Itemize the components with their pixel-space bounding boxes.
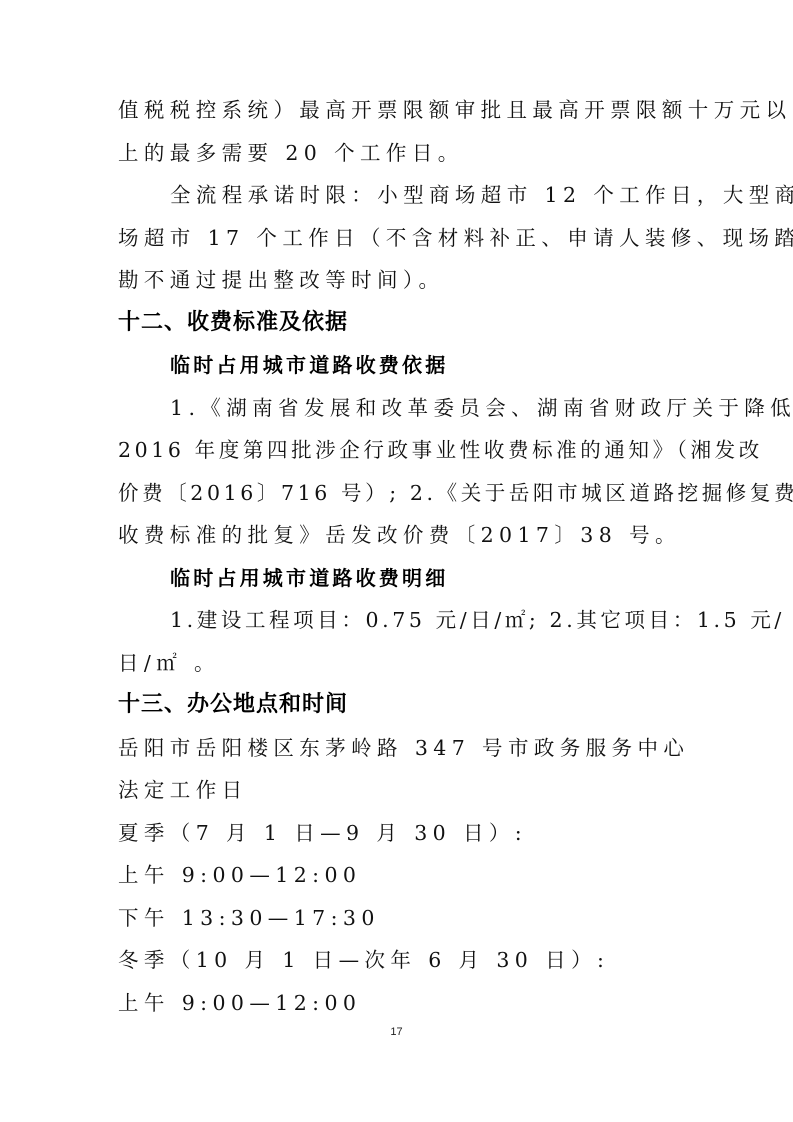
paragraph-line: 收费标准的批复》岳发改价费〔2017〕38 号。 [118, 514, 676, 557]
paragraph-line: 上的最多需要 20 个工作日。 [118, 132, 676, 175]
paragraph-line: 日/㎡ 。 [118, 642, 676, 685]
paragraph-line: 全流程承诺时限：小型商场超市 12 个工作日，大型商 [118, 174, 676, 217]
office-address: 岳阳市岳阳楼区东茅岭路 347 号市政务服务中心 [118, 727, 676, 770]
winter-hours-label: 冬季（10 月 1 日—次年 6 月 30 日）: [118, 939, 676, 982]
section-heading-office: 十三、办公地点和时间 [118, 684, 676, 727]
paragraph-line: 法定工作日 [118, 769, 676, 812]
section-heading-fees: 十二、收费标准及依据 [118, 302, 676, 345]
summer-afternoon-hours: 下午 13:30—17:30 [118, 897, 676, 940]
summer-hours-label: 夏季（7 月 1 日—9 月 30 日）: [118, 812, 676, 855]
paragraph-line: 场超市 17 个工作日（不含材料补正、申请人装修、现场踏 [118, 217, 676, 260]
subheading-fee-details: 临时占用城市道路收费明细 [118, 557, 676, 600]
page-content: 值税税控系统）最高开票限额审批且最高开票限额十万元以 上的最多需要 20 个工作… [118, 89, 676, 1024]
paragraph-line: 1.《湖南省发展和改革委员会、湖南省财政厅关于降低 [118, 387, 676, 430]
subheading-fee-basis: 临时占用城市道路收费依据 [118, 344, 676, 387]
paragraph-line: 值税税控系统）最高开票限额审批且最高开票限额十万元以 [118, 89, 676, 132]
summer-morning-hours: 上午 9:00—12:00 [118, 854, 676, 897]
page-number: 17 [0, 1026, 793, 1038]
paragraph-line: 2016 年度第四批涉企行政事业性收费标准的通知》（湘发改 [118, 429, 676, 472]
paragraph-line: 1.建设工程项目：0.75 元/日/㎡; 2.其它项目：1.5 元/ [118, 599, 676, 642]
winter-morning-hours: 上午 9:00—12:00 [118, 982, 676, 1025]
paragraph-line: 价费〔2016〕716 号）; 2.《关于岳阳市城区道路挖掘修复费 [118, 472, 676, 515]
document-page: 值税税控系统）最高开票限额审批且最高开票限额十万元以 上的最多需要 20 个工作… [0, 0, 793, 1122]
paragraph-line: 勘不通过提出整改等时间）。 [118, 259, 676, 302]
